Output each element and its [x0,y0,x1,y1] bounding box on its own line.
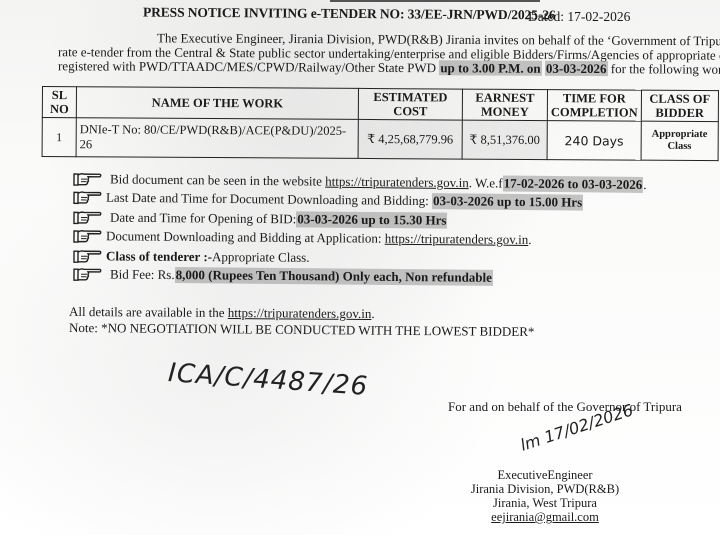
signatory-block: ExecutiveEngineer Jirania Division, PWD(… [470,468,620,524]
bid-window-highlight: 17-02-2026 to 03-03-2026 [503,176,644,193]
table-header-row: SLNO NAME OF THE WORK ESTIMATEDCOST EARN… [42,87,718,122]
bullet-application-link: Document Downloading and Bidding at Appl… [72,228,532,248]
header-earnest-money: EARNESTMONEY [462,89,547,121]
bullet-class-of-tenderer: Class of tenderer :- Appropriate Class. [72,248,310,266]
opening-date-highlight: 03-03-2026 up to 15.30 Hrs [296,211,447,228]
signatory-email-link[interactable]: eejirania@gmail.com [491,510,599,524]
header-time-for-completion: TIME FORCOMPLETION [547,90,641,122]
negotiation-note: Note: *NO NEGOTIATION WILL BE CONDUCTED … [69,320,535,340]
tripuratenders-link[interactable]: https://tripuratenders.gov.in [228,305,372,321]
signatory-designation: ExecutiveEngineer [470,468,620,482]
tripuratenders-link[interactable]: https://tripuratenders.gov.in [385,231,529,248]
cell-earnest-money: ₹ 8,51,376.00 [462,120,547,160]
signatory-location: Jirania, West Tripura [470,496,620,510]
bid-fee-highlight: 8,000 (Rupees Ten Thousand) Only each, N… [175,267,493,286]
pointing-hand-icon [72,171,102,187]
cell-class-of-bidder: AppropriateClass [641,121,718,160]
table-row: 1 DNIe-T No: 80/CE/PWD(R&B)/ACE(P&DU)/20… [42,118,718,161]
scanned-page: PRESS NOTICE INVITING e-TENDER NO: 33/EE… [0,0,720,535]
intro-deadline-date: 03-03-2026 [545,61,608,76]
header-class-of-bidder: CLASS OFBIDDER [641,90,718,121]
cell-name-of-work: DNIe-T No: 80/CE/PWD(R&B)/ACE(P&DU)/2025… [76,118,358,159]
signatory-division: Jirania Division, PWD(R&B) [470,482,620,496]
pointing-hand-icon [72,189,102,205]
handwritten-reference: ICA/C/4487/26 [167,358,369,402]
notice-title: PRESS NOTICE INVITING e-TENDER NO: 33/EE… [143,5,556,24]
pointing-hand-icon [72,228,102,244]
bullet-last-date: Last Date and Time for Document Download… [72,189,583,210]
class-of-tenderer-label: Class of tenderer :- [106,248,212,265]
bullet-opening-date: Date and Time for Opening of BID: 03-03-… [72,209,448,228]
notice-date: Dated: 17-02-2026 [528,9,630,25]
header-name-of-work: NAME OF THE WORK [76,87,358,120]
last-date-highlight: 03-03-2026 up to 15.00 Hrs [432,193,583,211]
tripuratenders-link[interactable]: https://tripuratenders.gov.in [325,174,469,192]
intro-line-3: registered with PWD/TTAADC/MES/CPWD/Rail… [58,58,720,77]
on-behalf-line: For and on behalf of the Governor of Tri… [448,399,682,415]
tender-table: SLNO NAME OF THE WORK ESTIMATEDCOST EARN… [42,86,719,161]
pointing-hand-icon [72,248,102,264]
header-estimated-cost: ESTIMATEDCOST [358,88,462,120]
all-details-line: All details are available in the https:/… [69,304,375,322]
intro-deadline-highlight: up to 3.00 P.M. on [439,60,541,76]
cell-sl-no: 1 [42,118,76,157]
intro-line-3-prefix: registered with PWD/TTAADC/MES/CPWD/Rail… [58,58,439,75]
header-sl-no: SLNO [42,87,76,118]
top-rule [330,0,540,2]
cell-time-for-completion: 240 Days [547,121,641,161]
pointing-hand-icon [72,209,102,225]
intro-line-3-suffix: for the following work: [608,61,720,77]
bullet-bid-fee: Bid Fee: Rs. 8,000 (Rupees Ten Thousand)… [72,266,493,286]
pointing-hand-icon [72,266,102,282]
cell-estimated-cost: ₹ 4,25,68,779.96 [358,119,462,159]
